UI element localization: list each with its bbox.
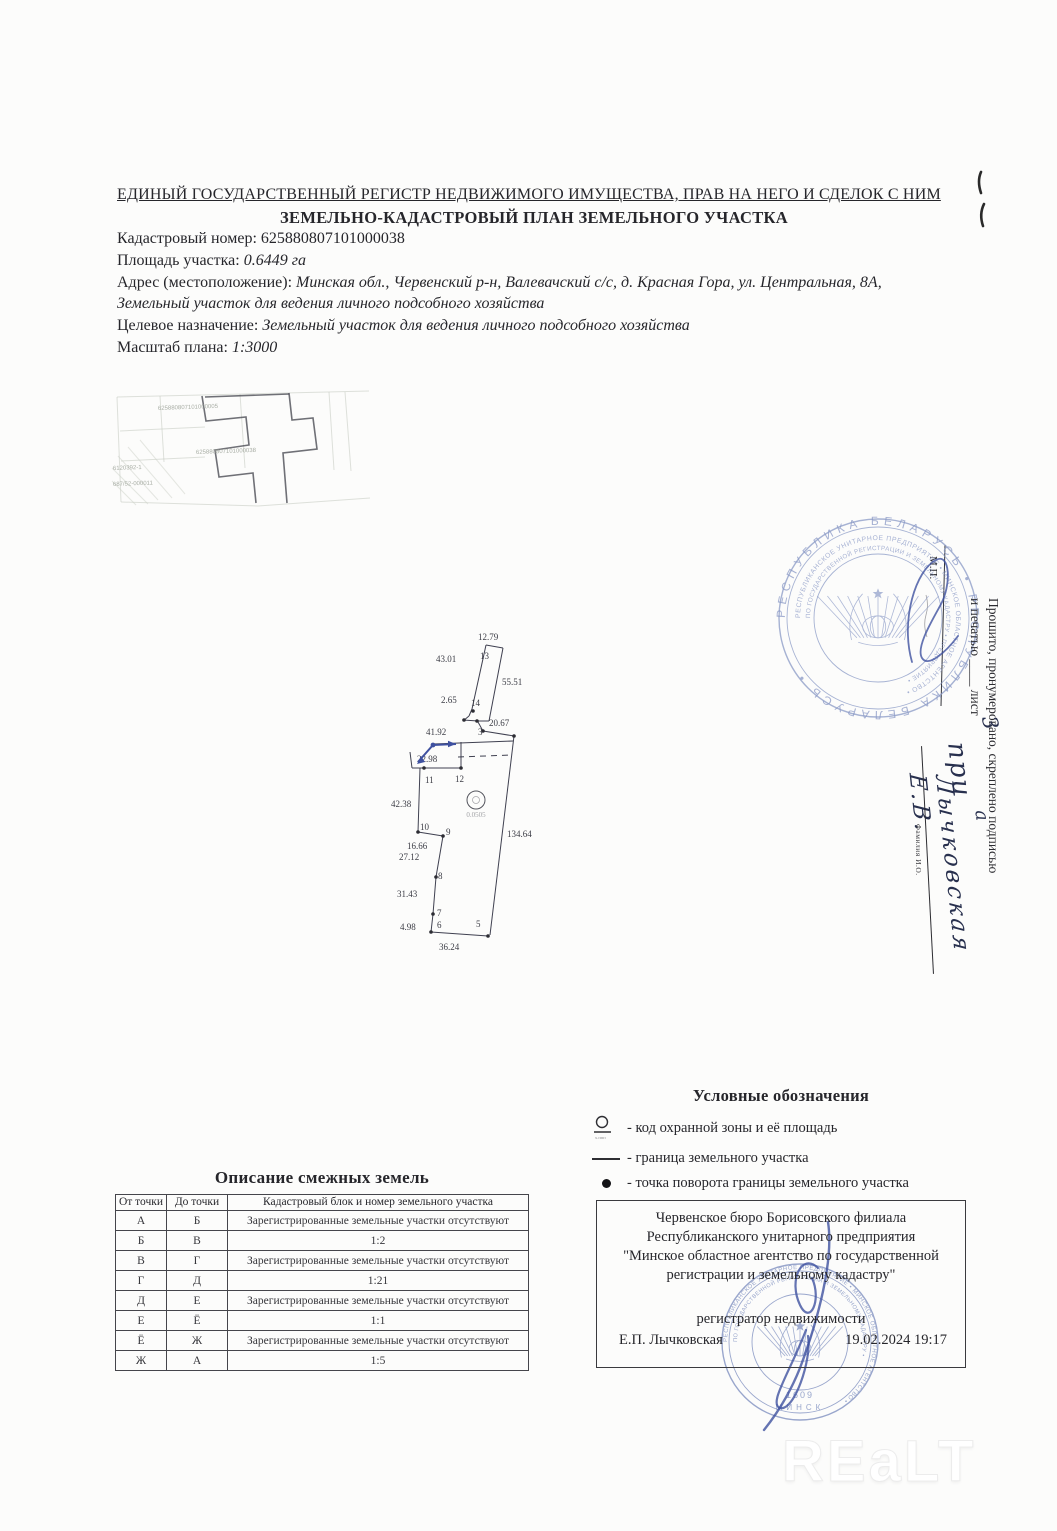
svg-text:х.ппп: х.ппп (595, 1135, 606, 1140)
legend-item-point: - точка поворота границы земельного учас… (585, 1175, 977, 1192)
col-to-point: До точки (167, 1195, 228, 1211)
table-row: ЖА1:5 (116, 1351, 529, 1371)
table-row: ЁЖЗарегистрированные земельные участки о… (116, 1331, 529, 1351)
table-cell: А (116, 1211, 167, 1231)
legend-item-border: - граница земельного участка (585, 1150, 977, 1167)
document-page: ЕДИНЫЙ ГОСУДАРСТВЕННЫЙ РЕГИСТР НЕДВИЖИМО… (0, 0, 1057, 1531)
org-name-lines: Червенское бюро Борисовского филиалаРесп… (597, 1209, 965, 1285)
binding-note-line1: Прошито, пронумеровано, скреплено подпис… (984, 598, 1002, 970)
table-cell: Ё (167, 1311, 228, 1331)
org-name-line: регистрации и земельному кадастру" (597, 1266, 965, 1285)
table-cell: Ё (116, 1331, 167, 1351)
table-header-row: От точки До точки Кадастровый блок и ном… (116, 1195, 529, 1211)
adjacent-lands-section: Описание смежных земель От точки До точк… (115, 1168, 529, 1371)
table-cell: В (116, 1251, 167, 1271)
registration-datetime: 19.02.2024 19:17 (845, 1332, 947, 1349)
table-cell: Ж (167, 1331, 228, 1351)
boundary-line-icon (585, 1158, 627, 1160)
table-cell: 1:2 (228, 1231, 529, 1251)
table-cell: Зарегистрированные земельные участки отс… (228, 1251, 529, 1271)
org-name-line: Червенское бюро Борисовского филиала (597, 1209, 965, 1228)
table-row: ЕЁ1:1 (116, 1311, 529, 1331)
table-cell: А (167, 1351, 228, 1371)
registration-org-box: Червенское бюро Борисовского филиалаРесп… (596, 1200, 966, 1368)
table-cell: Г (116, 1271, 167, 1291)
table-cell: Б (167, 1211, 228, 1231)
legend-zone-text: - код охранной зоны и её площадь (627, 1120, 837, 1137)
table-cell: Д (167, 1271, 228, 1291)
registrar-row: Е.П. Лычковская 19.02.2024 19:17 (597, 1328, 965, 1349)
name-caption: Фамилия И.О. (914, 824, 923, 876)
table-cell: Зарегистрированные земельные участки отс… (228, 1331, 529, 1351)
table-cell: Зарегистрированные земельные участки отс… (228, 1291, 529, 1311)
table-cell: Б (116, 1231, 167, 1251)
table-cell: Г (167, 1251, 228, 1271)
table-cell: В (167, 1231, 228, 1251)
table-cell: 1:1 (228, 1311, 529, 1331)
table-cell: Е (167, 1291, 228, 1311)
registrar-title: регистратор недвижимости (597, 1311, 965, 1328)
registrar-name: Е.П. Лычковская (619, 1332, 723, 1349)
legend-border-text: - граница земельного участка (627, 1150, 809, 1167)
table-row: ДЕЗарегистрированные земельные участки о… (116, 1291, 529, 1311)
org-name-line: Республиканского унитарного предприятия (597, 1228, 965, 1247)
table-cell: 1:5 (228, 1351, 529, 1371)
realt-watermark: REaLT (782, 1428, 976, 1495)
table-cell: 1:21 (228, 1271, 529, 1291)
adjacent-lands-title: Описание смежных земель (115, 1168, 529, 1188)
table-cell: Е (116, 1311, 167, 1331)
table-cell: Зарегистрированные земельные участки отс… (228, 1211, 529, 1231)
table-cell: Д (116, 1291, 167, 1311)
legend-title: Условные обозначения (585, 1086, 977, 1106)
legend-item-zone: х.ппп - код охранной зоны и её площадь (585, 1114, 977, 1142)
zone-code-icon: х.ппп (585, 1114, 627, 1142)
table-row: ВГЗарегистрированные земельные участки о… (116, 1251, 529, 1271)
pen-signature-stroke (908, 559, 958, 662)
adjacent-lands-table: От точки До точки Кадастровый блок и ном… (115, 1194, 529, 1371)
table-row: АБЗарегистрированные земельные участки о… (116, 1211, 529, 1231)
col-cadastral-block: Кадастровый блок и номер земельного учас… (228, 1195, 529, 1211)
col-from-point: От точки (116, 1195, 167, 1211)
table-row: БВ1:2 (116, 1231, 529, 1251)
org-name-line: "Минское областное агентство по государс… (597, 1247, 965, 1266)
legend-point-text: - точка поворота границы земельного учас… (627, 1175, 909, 1192)
turning-point-icon (585, 1179, 627, 1188)
table-cell: Ж (116, 1351, 167, 1371)
table-row: ГД1:21 (116, 1271, 529, 1291)
legend: Условные обозначения х.ппп - код охранно… (585, 1086, 977, 1192)
binding-note: Прошито, пронумеровано, скреплено подпис… (966, 598, 1002, 970)
